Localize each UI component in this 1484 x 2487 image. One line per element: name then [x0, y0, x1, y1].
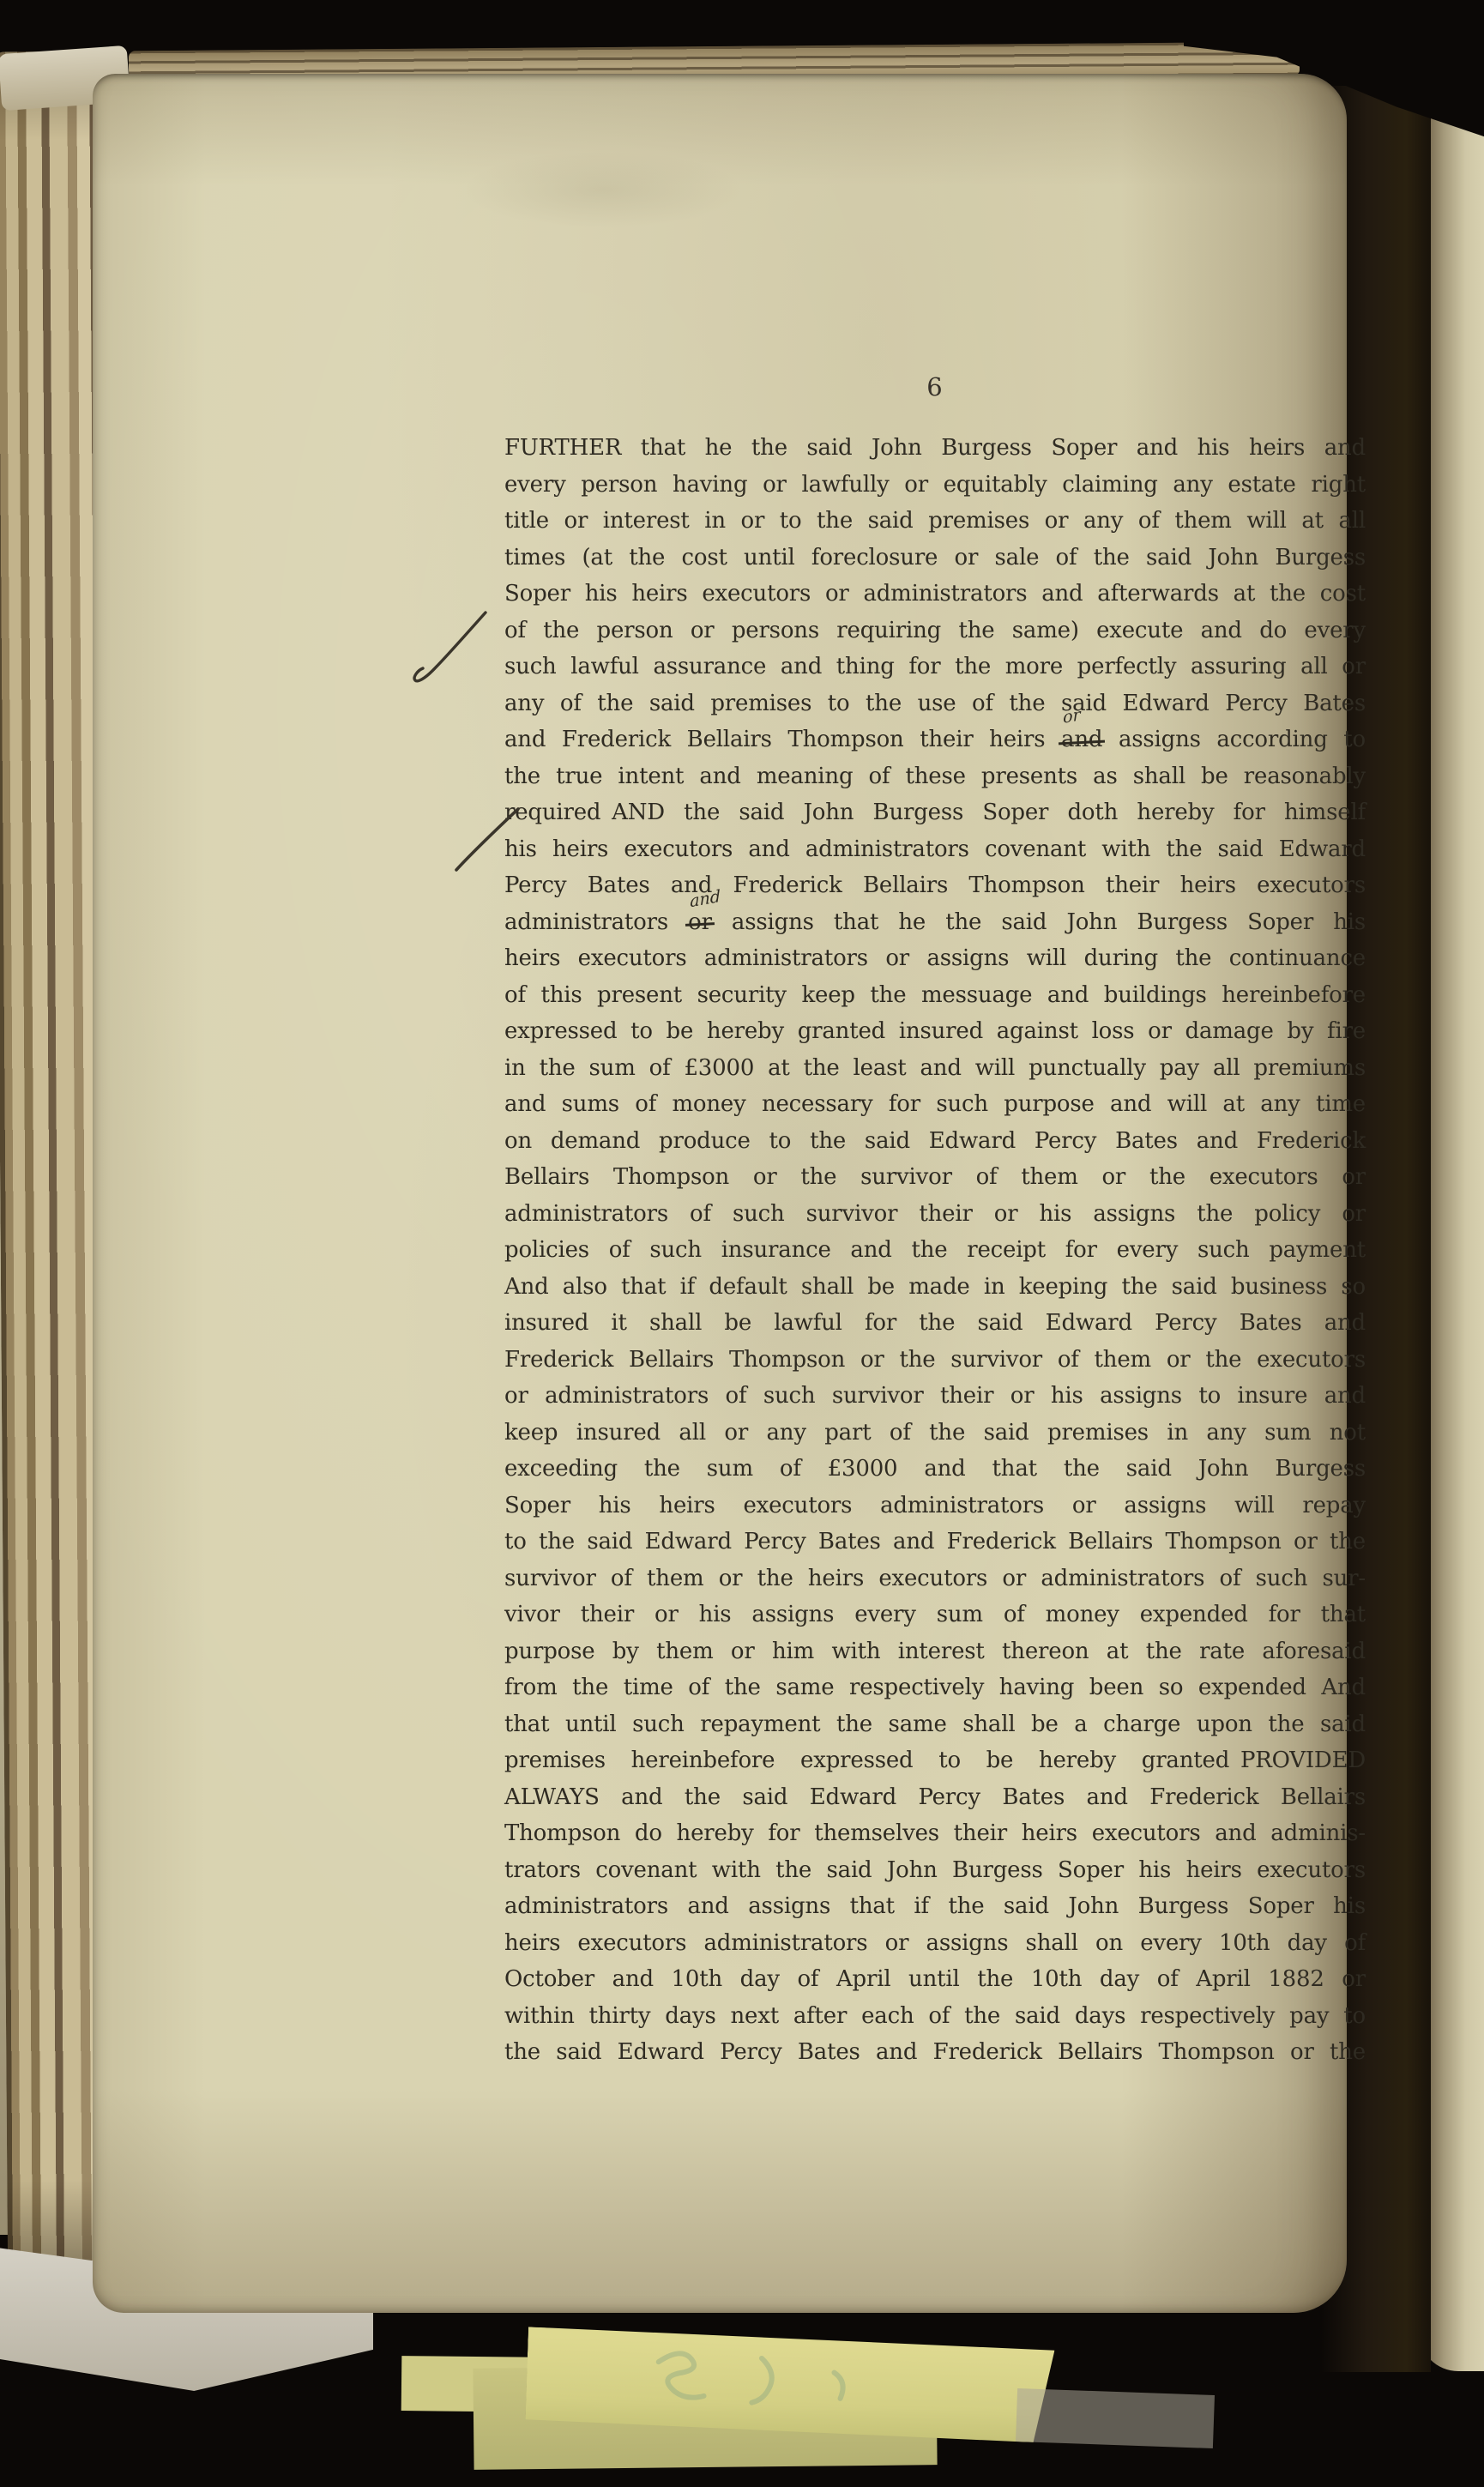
text-line: survivor of them or the heirs executors …: [504, 1560, 1366, 1597]
text-line: exceeding the sum of £3000 and that the …: [504, 1451, 1366, 1488]
text-line: every person having or lawfully or equit…: [504, 467, 1366, 504]
text-line: such lawful assurance and thing for the …: [504, 649, 1366, 685]
text-line: that until such repayment the same shall…: [504, 1706, 1366, 1743]
text-line: heirs executors administrators or assign…: [504, 1925, 1366, 1962]
text-line: Bellairs Thompson or the survivor of the…: [504, 1159, 1366, 1196]
text-line: Soper his heirs executors administrators…: [504, 1488, 1366, 1524]
text-line: of this present security keep the messua…: [504, 977, 1366, 1014]
photo-of-book-page: { "document": { "page_number": "6", "bod…: [0, 0, 1484, 2487]
text-line: Frederick Bellairs Thompson or the survi…: [504, 1342, 1366, 1379]
text-line: keep insured all or any part of the said…: [504, 1415, 1366, 1452]
document-page: 6 FURTHER that he the said John Burgess …: [93, 74, 1347, 2313]
text-line: insured it shall be lawful for the said …: [504, 1305, 1366, 1342]
text-line: and Frederick Bellairs Thompson their he…: [504, 721, 1366, 758]
text-line: the true intent and meaning of these pre…: [504, 758, 1366, 795]
inline-correction: andor: [688, 904, 712, 941]
text-line: vivor their or his assigns every sum of …: [504, 1597, 1366, 1633]
text-line: and sums of money necessary for such pur…: [504, 1086, 1366, 1123]
text-line: in the sum of £3000 at the least and wil…: [504, 1050, 1366, 1087]
margin-checkmark-1: [410, 607, 492, 693]
text-block: FURTHER that he the said John Burgess So…: [504, 430, 1366, 2071]
text-line: required AND the said John Burgess Soper…: [504, 794, 1366, 831]
text-line: the said Edward Percy Bates and Frederic…: [504, 2034, 1366, 2071]
text-line: any of the said premises to the use of t…: [504, 685, 1366, 722]
text-line: FURTHER that he the said John Burgess So…: [504, 430, 1366, 467]
text-line: his heirs executors and administrators c…: [504, 831, 1366, 868]
margin-checkmark-2: [449, 805, 522, 877]
text-line: administrators andor assigns that he the…: [504, 904, 1366, 941]
text-line: times (at the cost until foreclosure or …: [504, 540, 1366, 576]
struck-word: and: [1061, 721, 1102, 758]
page-number: 6: [504, 372, 1366, 401]
sticky-note-faint-marks: [576, 2335, 938, 2432]
text-line: title or interest in or to the said prem…: [504, 503, 1366, 540]
struck-word: or: [688, 904, 712, 941]
text-line: And also that if default shall be made i…: [504, 1269, 1366, 1306]
text-line: ALWAYS and the said Edward Percy Bates a…: [504, 1779, 1366, 1816]
text-line: premises hereinbefore expressed to be he…: [504, 1742, 1366, 1779]
text-line: Soper his heirs executors or administrat…: [504, 576, 1366, 613]
text-line: policies of such insurance and the recei…: [504, 1232, 1366, 1269]
text-line: purpose by them or him with interest the…: [504, 1633, 1366, 1670]
text-line: on demand produce to the said Edward Per…: [504, 1123, 1366, 1160]
text-line: administrators of such survivor their or…: [504, 1196, 1366, 1233]
page-smudge: [461, 151, 745, 228]
text-line: administrators and assigns that if the s…: [504, 1888, 1366, 1925]
text-line: expressed to be hereby granted insured a…: [504, 1013, 1366, 1050]
text-line: within thirty days next after each of th…: [504, 1998, 1366, 2035]
text-line: of the person or persons requiring the s…: [504, 613, 1366, 649]
text-line: trators covenant with the said John Burg…: [504, 1852, 1366, 1889]
text-line: from the time of the same respectively h…: [504, 1669, 1366, 1706]
text-line: or administrators of such survivor their…: [504, 1378, 1366, 1415]
gray-tab-edge: [1016, 2388, 1215, 2448]
text-line: to the said Edward Percy Bates and Frede…: [504, 1524, 1366, 1560]
text-line: heirs executors administrators or assign…: [504, 940, 1366, 977]
text-line: Thompson do hereby for themselves their …: [504, 1815, 1366, 1852]
text-line: Percy Bates and Frederick Bellairs Thomp…: [504, 867, 1366, 904]
inline-correction: orand: [1061, 721, 1102, 758]
text-line: October and 10th day of April until the …: [504, 1961, 1366, 1998]
